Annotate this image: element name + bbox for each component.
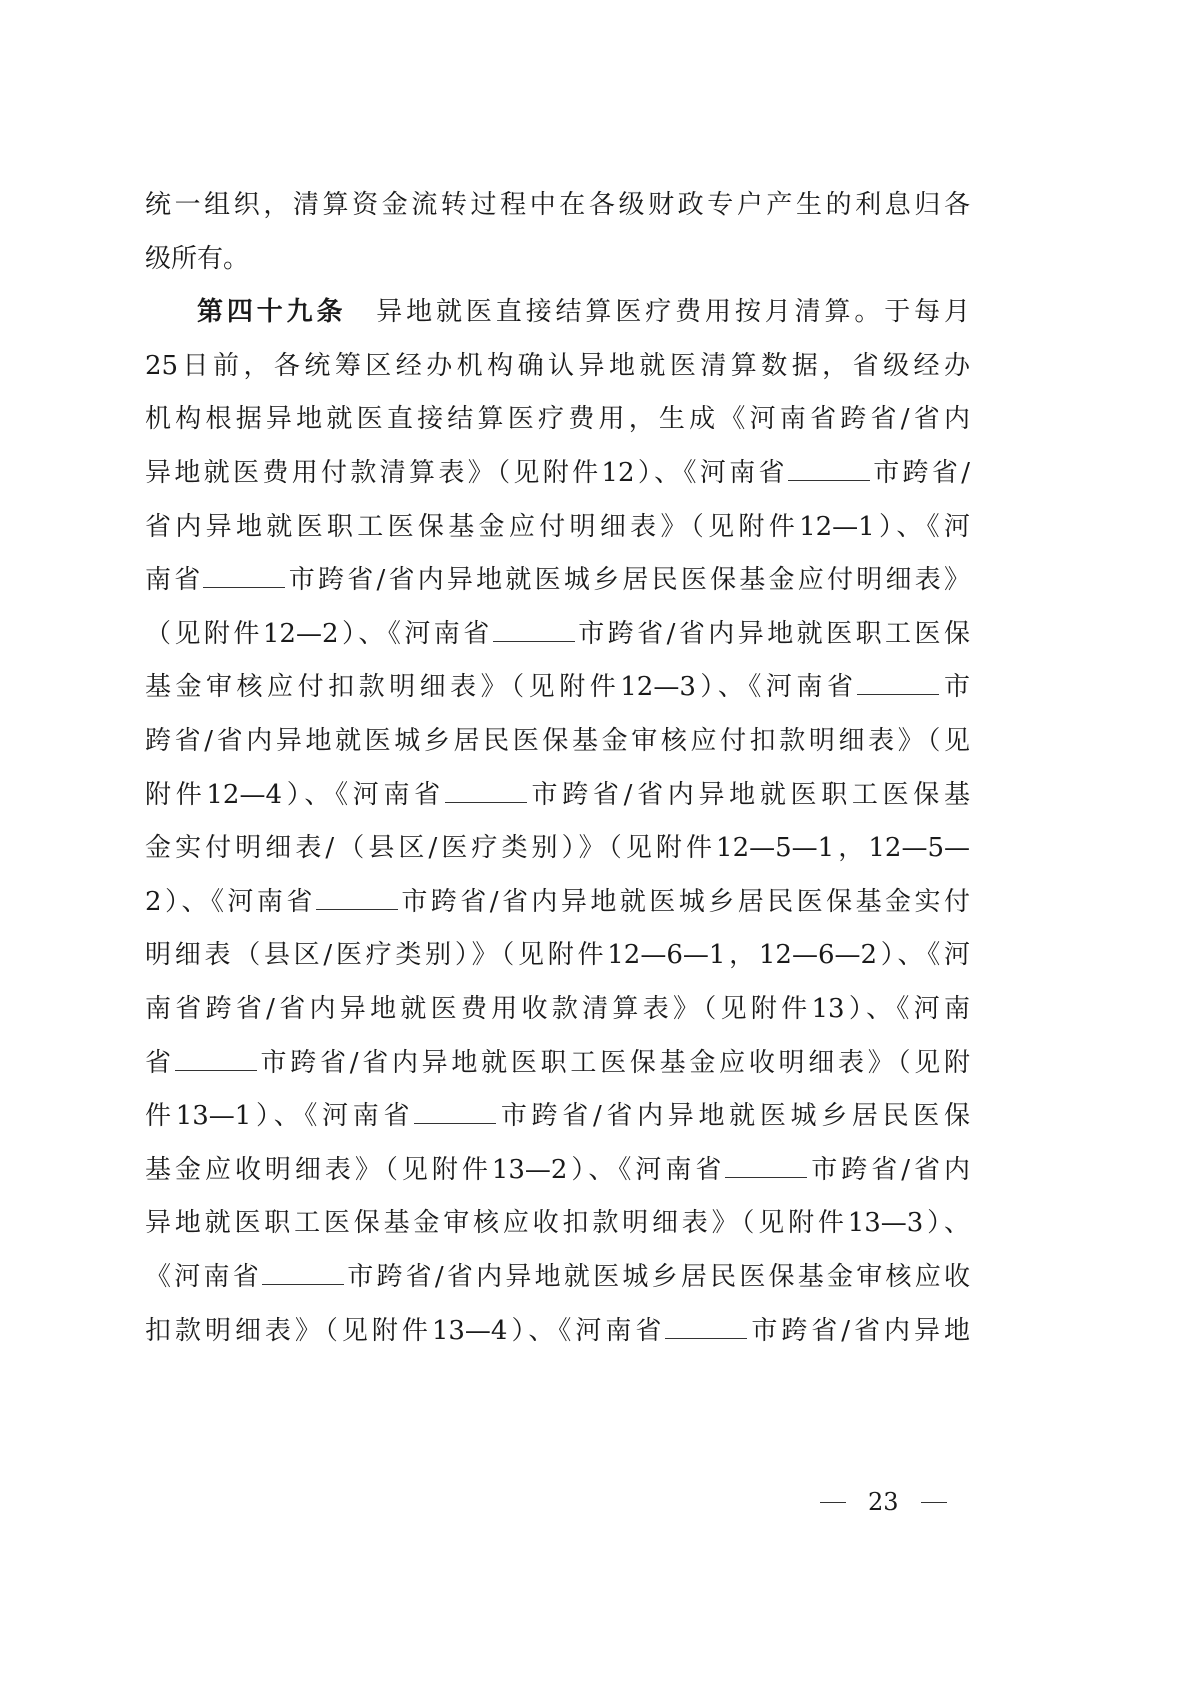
text-segment: 2）、《河南省: [145, 887, 316, 917]
text-segment: 明细表（县区/医疗类别）》（见附件12—6—1，12—6—2）、《河: [145, 940, 970, 970]
text-segment: 基金应收明细表》（见附件13—2）、《河南省: [145, 1155, 725, 1185]
text-segment: 市跨省/省内: [807, 1155, 970, 1185]
text-segment: 省: [145, 1048, 175, 1078]
text-line: 异地就医费用付款清算表》（见附件12）、《河南省市跨省/: [145, 453, 970, 493]
article-number: 第四十九条: [197, 297, 346, 327]
fill-in-blank: [493, 615, 575, 642]
text-line: 基金应收明细表》（见附件13—2）、《河南省市跨省/省内: [145, 1150, 970, 1190]
text-segment: 件13—1）、《河南省: [145, 1101, 414, 1131]
document-page: 统一组织，清算资金流转过程中在各级财政专户产生的利息归各级所有。第四十九条 异地…: [0, 0, 1190, 1683]
text-line: 南省市跨省/省内异地就医城乡居民医保基金应付明细表》: [145, 560, 970, 600]
text-segment: 跨省/省内异地就医城乡居民医保基金审核应付扣款明细表》（见: [145, 726, 970, 756]
text-line: 统一组织，清算资金流转过程中在各级财政专户产生的利息归各: [145, 185, 970, 225]
fill-in-blank: [725, 1151, 807, 1178]
text-segment: （见附件12—2）、《河南省: [145, 619, 493, 649]
text-line: 跨省/省内异地就医城乡居民医保基金审核应付扣款明细表》（见: [145, 721, 970, 761]
text-segment: 南省: [145, 565, 203, 595]
fill-in-blank: [262, 1258, 344, 1285]
fill-in-blank: [203, 561, 285, 588]
footer-dash-right: [921, 1502, 947, 1503]
fill-in-blank: [316, 883, 398, 910]
text-segment: 异地就医直接结算医疗费用按月清算。于每月: [346, 297, 970, 327]
text-segment: 市跨省/省内异地就医城乡居民医保基金实付: [398, 887, 970, 917]
text-segment: 市跨省/省内异地就医城乡居民医保: [496, 1101, 970, 1131]
text-segment: 级所有。: [145, 244, 249, 274]
article-heading-line: 第四十九条 异地就医直接结算医疗费用按月清算。于每月: [197, 292, 970, 332]
text-segment: 25日前，各统筹区经办机构确认异地就医清算数据，省级经办: [145, 351, 970, 381]
text-line: 省内异地就医职工医保基金应付明细表》（见附件12—1）、《河: [145, 507, 970, 547]
fill-in-blank: [857, 668, 939, 695]
text-line: 南省跨省/省内异地就医费用收款清算表》（见附件13）、《河南: [145, 989, 970, 1029]
text-line: 机构根据异地就医直接结算医疗费用，生成《河南省跨省/省内: [145, 399, 970, 439]
text-line: 级所有。: [145, 239, 970, 279]
text-segment: 市跨省/省内异地就医城乡居民医保基金应付明细表》: [285, 565, 970, 595]
text-line: 《河南省市跨省/省内异地就医城乡居民医保基金审核应收: [145, 1257, 970, 1297]
text-segment: 金实付明细表/（县区/医疗类别）》（见附件12—5—1，12—5—: [145, 833, 970, 863]
text-line: 省市跨省/省内异地就医职工医保基金应收明细表》（见附: [145, 1043, 970, 1083]
text-line: 附件12—4）、《河南省市跨省/省内异地就医职工医保基: [145, 775, 970, 815]
page-footer: 23: [820, 1488, 970, 1516]
text-line: 25日前，各统筹区经办机构确认异地就医清算数据，省级经办: [145, 346, 970, 386]
fill-in-blank: [414, 1097, 496, 1124]
text-segment: 异地就医费用付款清算表》（见附件12）、《河南省: [145, 458, 788, 488]
fill-in-blank: [445, 776, 527, 803]
text-line: （见附件12—2）、《河南省市跨省/省内异地就医职工医保: [145, 614, 970, 654]
text-segment: 异地就医职工医保基金审核应收扣款明细表》（见附件13—3）、: [145, 1208, 970, 1238]
text-segment: 市跨省/: [870, 458, 970, 488]
text-segment: 市跨省/省内异地就医城乡居民医保基金审核应收: [344, 1262, 970, 1292]
fill-in-blank: [175, 1044, 257, 1071]
text-segment: 附件12—4）、《河南省: [145, 780, 445, 810]
text-segment: 市跨省/省内异地: [747, 1316, 970, 1346]
text-segment: 统一组织，清算资金流转过程中在各级财政专户产生的利息归各: [145, 190, 970, 220]
text-line: 件13—1）、《河南省市跨省/省内异地就医城乡居民医保: [145, 1096, 970, 1136]
text-segment: 市跨省/省内异地就医职工医保基: [527, 780, 970, 810]
text-segment: 基金审核应付扣款明细表》（见附件12—3）、《河南省: [145, 672, 857, 702]
footer-dash-left: [820, 1502, 846, 1503]
text-segment: 机构根据异地就医直接结算医疗费用，生成《河南省跨省/省内: [145, 404, 970, 434]
page-number: 23: [868, 1488, 899, 1516]
text-line: 基金审核应付扣款明细表》（见附件12—3）、《河南省市: [145, 667, 970, 707]
text-line: 2）、《河南省市跨省/省内异地就医城乡居民医保基金实付: [145, 882, 970, 922]
fill-in-blank: [665, 1312, 747, 1339]
text-segment: 南省跨省/省内异地就医费用收款清算表》（见附件13）、《河南: [145, 994, 970, 1024]
text-segment: 《河南省: [145, 1262, 262, 1292]
text-segment: 市: [939, 672, 970, 702]
text-line: 异地就医职工医保基金审核应收扣款明细表》（见附件13—3）、: [145, 1203, 970, 1243]
text-line: 明细表（县区/医疗类别）》（见附件12—6—1，12—6—2）、《河: [145, 935, 970, 975]
text-line: 扣款明细表》（见附件13—4）、《河南省市跨省/省内异地: [145, 1311, 970, 1351]
text-line: 金实付明细表/（县区/医疗类别）》（见附件12—5—1，12—5—: [145, 828, 970, 868]
text-segment: 省内异地就医职工医保基金应付明细表》（见附件12—1）、《河: [145, 512, 970, 542]
text-segment: 市跨省/省内异地就医职工医保: [575, 619, 970, 649]
fill-in-blank: [788, 454, 870, 481]
text-segment: 扣款明细表》（见附件13—4）、《河南省: [145, 1316, 665, 1346]
text-segment: 市跨省/省内异地就医职工医保基金应收明细表》（见附: [257, 1048, 970, 1078]
